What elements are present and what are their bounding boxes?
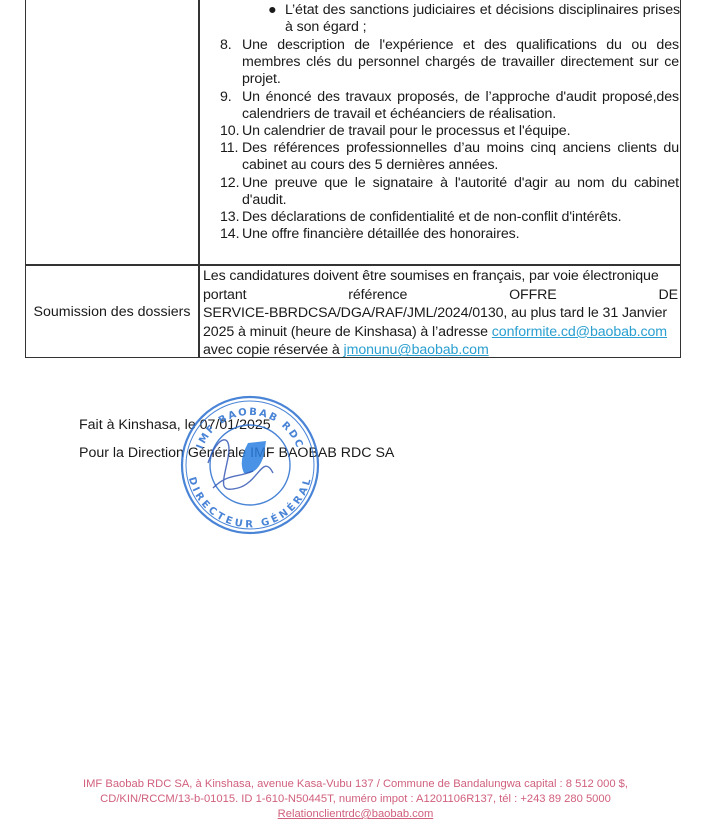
list-item: 10.Un calendrier de travail pour le proc… [220,123,679,140]
bullet-text: L’état des sanctions judiciaires et déci… [285,2,680,36]
item-text: Des déclarations de confidentialité et d… [242,209,622,225]
item-number: 13. [220,209,239,226]
submission-line-1: Les candidatures doivent être soumises e… [203,267,678,286]
documents-required-cell: ● L’état des sanctions judiciaires et dé… [200,0,676,264]
submission-details-cell: Les candidatures doivent être soumises e… [203,267,678,360]
list-item: 13.Des déclarations de confidentialité e… [220,209,679,226]
submission-line-3: SERVICE-BBRDCSA/DGA/RAF/JML/2024/0130, a… [203,304,678,323]
list-item: 8.Une description de l'expérience et des… [220,37,679,89]
item-number: 10. [220,123,239,140]
word: portant [203,286,246,305]
item-number: 14. [220,226,239,243]
copy-email-link[interactable]: jmonunu@baobab.com [344,342,489,358]
list-item: 9.Un énoncé des travaux proposés, de l’a… [220,89,679,123]
item-text: Des références professionnelles d’au moi… [242,140,679,173]
item-text: Une offre financière détaillée des honor… [242,226,520,242]
item-text: Un calendrier de travail pour le process… [242,123,570,139]
submission-line-5: avec copie réservée à jmonunu@baobab.com [203,341,678,360]
line-4-text: 2025 à minuit (heure de Kinshasa) à l’ad… [203,324,492,340]
bullet-icon: ● [268,2,276,19]
item-text: Un énoncé des travaux proposés, de l’app… [242,89,679,122]
page-footer: IMF Baobab RDC SA, à Kinshasa, avenue Ka… [0,777,711,822]
footer-line-2: CD/KIN/RCCM/13-b-01015. ID 1-610-N50445T… [0,792,711,807]
item-number: 11. [220,140,238,157]
footer-email-link[interactable]: Relationclientrdc@baobab.com [278,808,434,820]
stamp-bottom-text: DIRECTEUR GÉNÉRAL [186,476,314,531]
word: référence [348,286,407,305]
svg-text:DIRECTEUR GÉNÉRAL: DIRECTEUR GÉNÉRAL [186,476,314,531]
footer-line-1: IMF Baobab RDC SA, à Kinshasa, avenue Ka… [0,777,711,792]
requirements-table: ● L’état des sanctions judiciaires et dé… [25,0,681,358]
submission-line-4: 2025 à minuit (heure de Kinshasa) à l’ad… [203,323,678,342]
bullet-item: ● L’état des sanctions judiciaires et dé… [285,2,680,36]
item-number: 12. [220,175,239,192]
list-item: 12.Une preuve que le signataire à l'auto… [220,175,679,209]
item-text: Une preuve que le signataire à l'autorit… [242,175,679,208]
primary-email-link[interactable]: conformite.cd@baobab.com [492,324,667,340]
submission-label: Soumission des dossiers [26,266,198,357]
official-stamp-icon: IMF BAOBAB RDC DIRECTEUR GÉNÉRAL [178,393,323,538]
item-number: 9. [220,89,232,106]
word: OFFRE [509,286,557,305]
item-text: Une description de l'expérience et des q… [242,37,679,87]
item-number: 8. [220,37,232,54]
list-item: 14.Une offre financière détaillée des ho… [220,226,679,243]
line-5-text: avec copie réservée à [203,342,344,358]
list-item: 11.Des références professionnelles d’au … [220,140,679,174]
numbered-list: 8.Une description de l'expérience et des… [220,37,679,243]
word: DE [658,286,678,305]
submission-line-2: portant référence OFFRE DE [203,286,678,305]
